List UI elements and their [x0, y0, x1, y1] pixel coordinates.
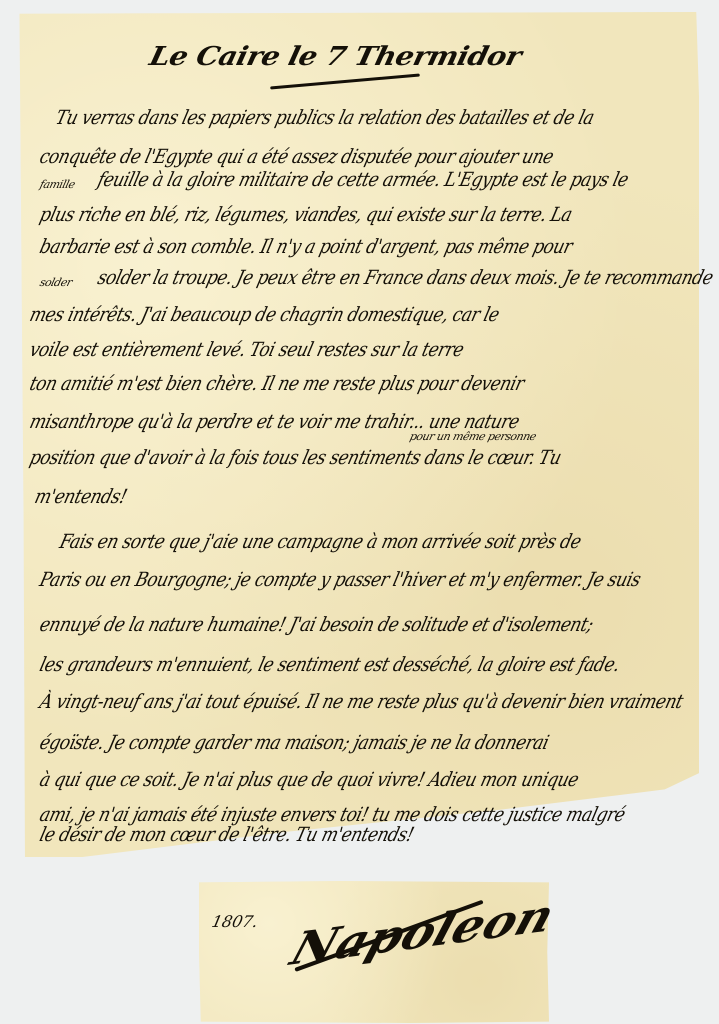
letter-line: position que d'avoir à la fois tous les …: [27, 447, 563, 470]
letter-line: ton amitié m'est bien chère. Il ne me re…: [27, 373, 526, 396]
letter-line: égoïste. Je compte garder ma maison; jam…: [37, 732, 551, 755]
margin-note: solder: [38, 276, 73, 289]
margin-note: famille: [38, 178, 76, 191]
letter-line: Fais en sorte que j'aie une campagne à m…: [57, 531, 583, 554]
letter-line: m'entends!: [32, 486, 129, 509]
letter-line: ennuyé de la nature humaine! J'ai besoin…: [37, 614, 595, 637]
letter-line: solder la troupe. Je peux être en France…: [95, 267, 715, 290]
interline-note: pour un même personne: [408, 430, 537, 443]
letter-line: conquête de l'Egypte qui a été assez dis…: [37, 146, 556, 169]
letter-line: À vingt-neuf ans j'ai tout épuisé. Il ne…: [37, 691, 685, 714]
letter-line: Paris ou en Bourgogne; je compte y passe…: [37, 569, 643, 592]
letter-heading: Le Caire le 7 Thermidor: [146, 42, 523, 72]
letter-line: à qui que ce soit. Je n'ai plus que de q…: [37, 769, 581, 792]
letter-line: mes intérêts. J'ai beaucoup de chagrin d…: [27, 304, 501, 327]
letter-line: plus riche en blé, riz, légumes, viandes…: [37, 204, 574, 227]
letter-line: voile est entièrement levé. Toi seul res…: [27, 339, 466, 362]
letter-page: [14, 12, 699, 857]
letter-line: Tu verras dans les papiers publics la re…: [53, 107, 596, 130]
letter-line: les grandeurs m'ennuient, le sentiment e…: [37, 654, 622, 677]
signature-year: 1807.: [210, 912, 260, 931]
letter-line: feuille à la gloire militaire de cette a…: [95, 169, 630, 192]
letter-line: barbarie est à son comble. Il n'y a poin…: [37, 236, 574, 259]
letter-line: le désir de mon cœur de l'être. Tu m'ent…: [37, 824, 416, 847]
